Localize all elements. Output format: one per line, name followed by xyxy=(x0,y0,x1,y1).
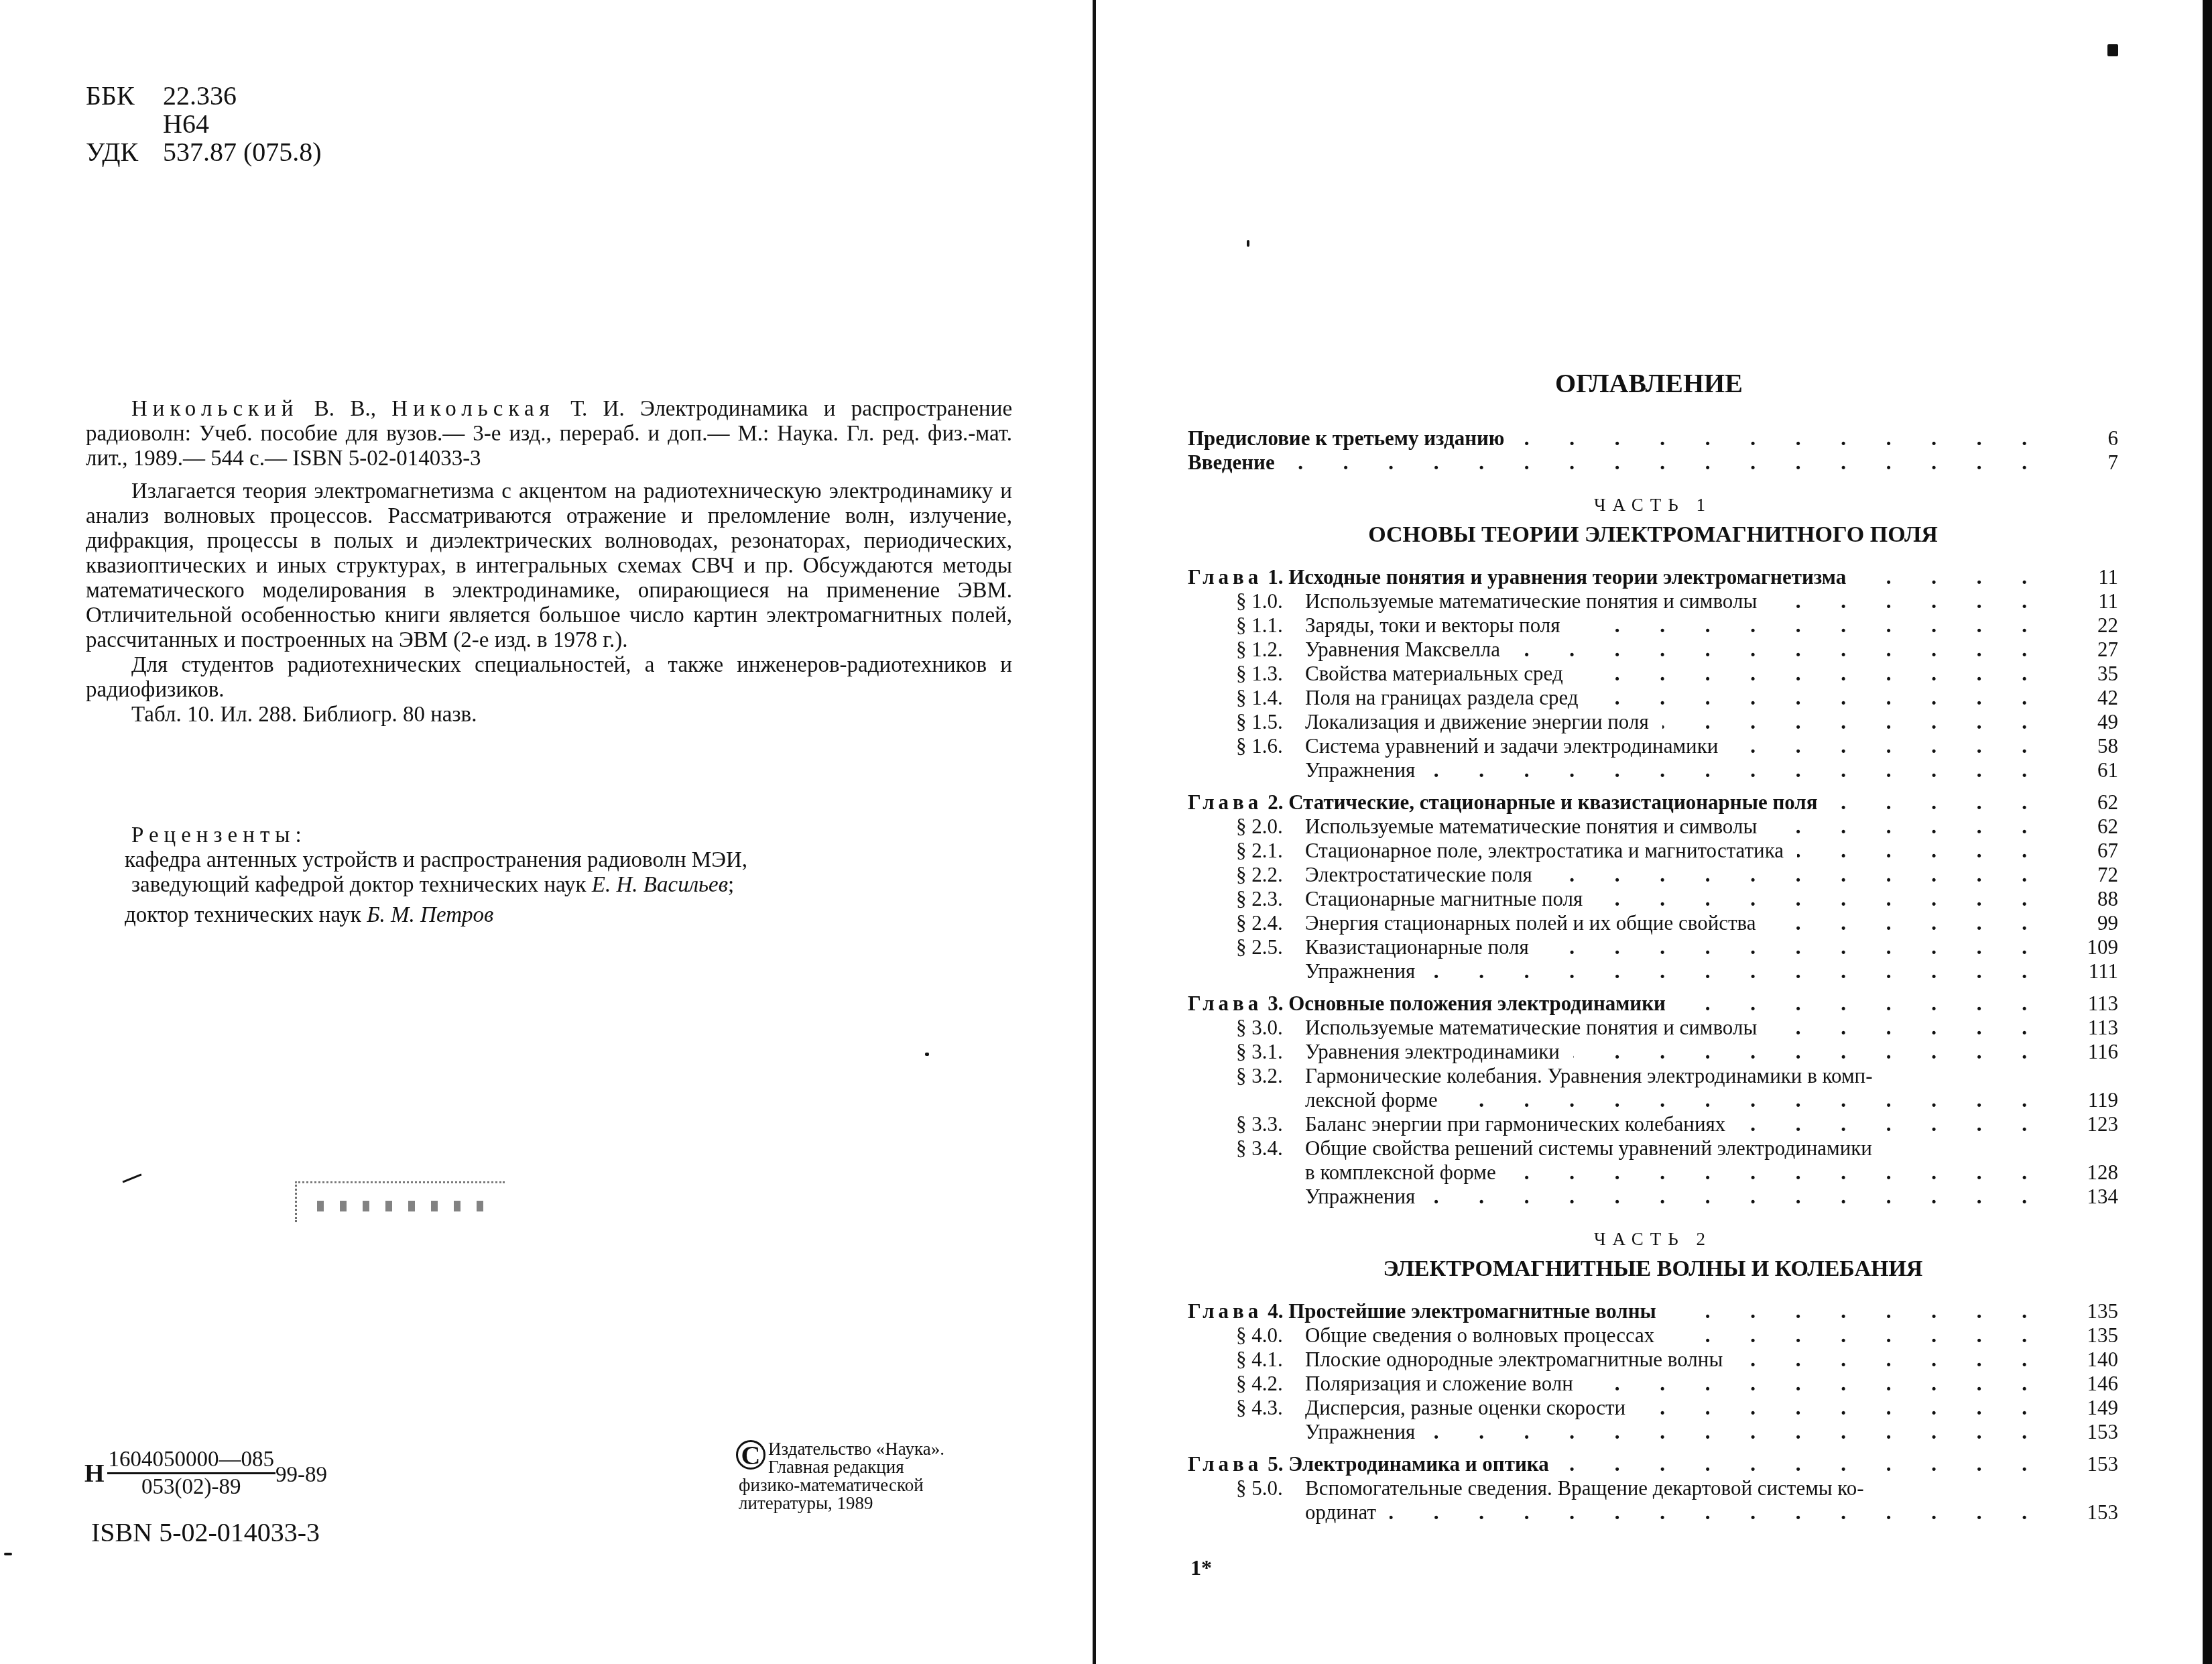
page-number: 67 xyxy=(2051,839,2118,863)
chapter-title: Основные положения электродинамики xyxy=(1288,992,1666,1015)
page-number: 11 xyxy=(2051,589,2118,613)
leader-dots: . . . . . . . . . . . . . . . . . . . . … xyxy=(1546,863,2044,887)
audience: Для студентов радиотехнических специальн… xyxy=(86,653,1012,703)
page-number: 134 xyxy=(2051,1185,2118,1209)
stats: Табл. 10. Ил. 288. Библиогр. 80 назв. xyxy=(86,703,1012,727)
exercises-title: Упражнения xyxy=(1305,758,1415,782)
section-title: Поляризация и сложение волн xyxy=(1305,1372,1573,1395)
toc-entry-title: Упражнения xyxy=(1305,1420,1415,1444)
code-fraction: 1604050000—085 053(02)-89 xyxy=(107,1448,276,1498)
leader-dots: . . . . . . . . . . . . . . . . . . . . … xyxy=(1574,613,2044,638)
section-number: § 2.2. xyxy=(1236,863,1305,887)
toc-entry-title: § 1.0.Используемые математические поняти… xyxy=(1236,589,1757,613)
page-number: 22 xyxy=(2051,613,2118,638)
copyright-text: Издательство «Наука». Главная редакция ф… xyxy=(768,1440,944,1512)
section-number: § 3.4. xyxy=(1236,1136,1305,1161)
part-name: ОСНОВЫ ТЕОРИИ ЭЛЕКТРОМАГНИТНОГО ПОЛЯ xyxy=(1188,522,2118,548)
toc-entry-title: § 3.2.Гармонические колебания. Уравнения… xyxy=(1236,1064,1873,1088)
chapter-number: 4. xyxy=(1268,1299,1283,1323)
section-title: Используемые математические понятия и си… xyxy=(1305,589,1757,613)
section-title: Гармонические колебания. Уравнения элект… xyxy=(1305,1064,1873,1087)
scan-speck xyxy=(4,1553,12,1555)
section-title: Используемые математические понятия и си… xyxy=(1305,815,1757,838)
section-title: Дисперсия, разные оценки скорости xyxy=(1305,1396,1625,1419)
leader-dots: . . . . . . . . . . . . . . . . . . . . … xyxy=(1288,451,2044,475)
toc-entry-exercises[interactable]: Упражнения. . . . . . . . . . . . . . . … xyxy=(1188,758,2118,782)
toc-entry-title: § 1.1.Заряды, токи и векторы поля xyxy=(1236,613,1560,638)
bbk-value: 22.336 xyxy=(163,82,237,110)
toc-entry-title: лексной форме xyxy=(1305,1088,1438,1112)
section-number: § 2.5. xyxy=(1236,935,1305,959)
section-title: Энергия стационарных полей и их общие св… xyxy=(1305,911,1756,935)
section-number: § 1.4. xyxy=(1236,686,1305,710)
section-number: § 2.4. xyxy=(1236,911,1305,935)
page-number: 62 xyxy=(2051,790,2118,815)
section-number: § 3.2. xyxy=(1236,1064,1305,1088)
section-title: Общие свойства решений системы уравнений… xyxy=(1305,1136,1872,1160)
toc-entry-title: § 1.5.Локализация и движение энергии пол… xyxy=(1236,710,1649,734)
toc-entry-section[interactable]: § 1.2.Уравнения Максвелла. . . . . . . .… xyxy=(1188,638,2118,662)
page-number: 27 xyxy=(2051,638,2118,662)
copyright-block: C Издательство «Наука». Главная редакция… xyxy=(736,1440,944,1512)
section-title: Свойства материальных сред xyxy=(1305,662,1563,685)
toc-entry-section[interactable]: § 4.0.Общие сведения о волновых процесса… xyxy=(1188,1323,2118,1348)
leader-dots: . . . . . . . . . . . . . . . . . . . . … xyxy=(1859,565,2044,589)
section-number: § 1.0. xyxy=(1236,589,1305,613)
page-number: 140 xyxy=(2051,1348,2118,1372)
toc-entry-chapter[interactable]: Глава 5. Электродинамика и оптика. . . .… xyxy=(1188,1452,2118,1476)
code-prefix: Н xyxy=(84,1462,105,1485)
leader-dots: . . . . . . . . . . . . . . . . . . . . … xyxy=(1770,1016,2044,1040)
toc-entry-title: § 2.4.Энергия стационарных полей и их об… xyxy=(1236,911,1756,935)
page-number: 153 xyxy=(2051,1420,2118,1444)
section-number: § 3.3. xyxy=(1236,1112,1305,1136)
classification-codes: ББК 22.336 Н64 УДК 537.87 (075.8) xyxy=(86,82,322,166)
page-number: 42 xyxy=(2051,686,2118,710)
toc-entry-title: в комплексной форме xyxy=(1305,1161,1496,1185)
leader-dots: . . . . . . . . . . . . . . . . . . . . … xyxy=(1736,1348,2044,1372)
page-number: 35 xyxy=(2051,662,2118,686)
toc-entry-title: Предисловие к третьему изданию xyxy=(1188,426,1505,451)
toc-entry-section[interactable]: § 2.4.Энергия стационарных полей и их об… xyxy=(1188,911,2118,935)
author-mark-row: Н64 xyxy=(86,110,322,138)
leader-dots: . . . . . . . . . . . . . . . . . . . . … xyxy=(1639,1396,2044,1420)
citation: Никольский В. В., Никольская Т. И. Элект… xyxy=(86,397,1012,471)
chapter-label: Глава xyxy=(1188,1299,1262,1323)
toc-entry-chapter[interactable]: Глава 3. Основные положения электродинам… xyxy=(1188,992,2118,1016)
reviewer-3-title: доктор технических наук xyxy=(125,903,361,927)
reviewer-2-name: Е. Н. Васильев xyxy=(592,873,728,897)
copyright-line: Издательство «Наука». xyxy=(768,1440,944,1458)
leader-dots: . . . . . . . . . . . . . . . . . . . . … xyxy=(1562,1452,2044,1476)
toc-entry-title: § 2.0.Используемые математические поняти… xyxy=(1236,815,1757,839)
exercises-title: Упражнения xyxy=(1305,1420,1415,1443)
exercises-title: Упражнения xyxy=(1305,959,1415,983)
leader-dots: . . . . . . . . . . . . . . . . . . . . … xyxy=(1770,815,2044,839)
udk-value: 537.87 (075.8) xyxy=(163,138,322,166)
toc-entry-title: § 3.0.Используемые математические поняти… xyxy=(1236,1016,1757,1040)
page-number: 149 xyxy=(2051,1396,2118,1420)
toc-entry-section-cont[interactable]: лексной форме. . . . . . . . . . . . . .… xyxy=(1188,1088,2118,1112)
section-number: § 4.1. xyxy=(1236,1348,1305,1372)
leader-dots: . . . . . . . . . . . . . . . . . . . . … xyxy=(1831,790,2044,815)
page-number: 113 xyxy=(2051,1016,2118,1040)
section-number: § 4.0. xyxy=(1236,1323,1305,1348)
leader-dots: . . . . . . . . . . . . . . . . . . . . … xyxy=(1670,1299,2044,1323)
section-title: Вспомогательные сведения. Вращение декар… xyxy=(1305,1476,1864,1500)
toc-entry-section[interactable]: § 3.2.Гармонические колебания. Уравнения… xyxy=(1188,1064,2118,1088)
section-number: § 2.1. xyxy=(1236,839,1305,863)
code-numerator: 1604050000—085 xyxy=(107,1448,276,1474)
leader-dots: . . . . . . . . . . . . . . . . . . . . … xyxy=(1770,589,2044,613)
copyright-icon: C xyxy=(736,1440,765,1470)
toc-entry-section[interactable]: § 2.5.Квазистационарные поля. . . . . . … xyxy=(1188,935,2118,959)
section-number: § 4.2. xyxy=(1236,1372,1305,1396)
toc-entry-title: § 2.3.Стационарные магнитные поля xyxy=(1236,887,1583,911)
section-title: Баланс энергии при гармонических колебан… xyxy=(1305,1112,1725,1136)
pen-mark xyxy=(123,1173,142,1183)
leader-dots: . . . . . . . . . . . . . . . . . . . . … xyxy=(1518,426,2044,451)
code-denominator: 053(02)-89 xyxy=(141,1474,241,1498)
toc-entry-section-cont[interactable]: в комплексной форме. . . . . . . . . . .… xyxy=(1188,1161,2118,1185)
toc-entry-exercises[interactable]: Упражнения. . . . . . . . . . . . . . . … xyxy=(1188,1185,2118,1209)
toc-entry-title: Упражнения xyxy=(1305,959,1415,984)
page-number: 119 xyxy=(2051,1088,2118,1112)
chapter-number: 2. xyxy=(1268,790,1283,814)
toc-entry-section[interactable]: § 3.4.Общие свойства решений системы ура… xyxy=(1188,1136,2118,1161)
toc-entry-section[interactable]: § 1.0.Используемые математические поняти… xyxy=(1188,589,2118,613)
toc-entry-section-cont[interactable]: ординат. . . . . . . . . . . . . . . . .… xyxy=(1188,1500,2118,1525)
page-number: 153 xyxy=(2051,1452,2118,1476)
isbn: ISBN 5-02-014033-3 xyxy=(91,1517,320,1548)
scan-speck xyxy=(925,1053,929,1056)
toc-entry-title: § 5.0.Вспомогательные сведения. Вращение… xyxy=(1236,1476,1864,1500)
page-number: 116 xyxy=(2051,1040,2118,1064)
bibliographic-block: Никольский В. В., Никольская Т. И. Элект… xyxy=(86,397,1012,727)
section-title: Используемые математические понятия и си… xyxy=(1305,1016,1757,1039)
leader-dots: . . . . . . . . . . . . . . . . . . . . … xyxy=(1662,710,2044,734)
toc-entry-title: § 4.2.Поляризация и сложение волн xyxy=(1236,1372,1573,1396)
scan-edge-shadow xyxy=(2203,0,2212,1664)
page-number: 72 xyxy=(2051,863,2118,887)
toc-entry-chapter[interactable]: Глава 2. Статические, стационарные и ква… xyxy=(1188,790,2118,815)
toc-entry-section[interactable]: § 1.1.Заряды, токи и векторы поля. . . .… xyxy=(1188,613,2118,638)
toc-entry-title: § 3.3.Баланс энергии при гармонических к… xyxy=(1236,1112,1725,1136)
udk-key: УДК xyxy=(86,138,163,166)
leader-dots: . . . . . . . . . . . . . . . . . . . . … xyxy=(1797,839,2044,863)
section-number: § 1.3. xyxy=(1236,662,1305,686)
section-title: Стационарные магнитные поля xyxy=(1305,887,1583,910)
leader-dots: . . . . . . . . . . . . . . . . . . . . … xyxy=(1428,1185,2044,1209)
toc-entry-title: Глава 4. Простейшие электромагнитные вол… xyxy=(1188,1299,1656,1323)
toc-entry-section[interactable]: § 1.3.Свойства материальных сред. . . . … xyxy=(1188,662,2118,686)
page-number: 146 xyxy=(2051,1372,2118,1396)
toc-entry-section[interactable]: § 4.1.Плоские однородные электромагнитны… xyxy=(1188,1348,2118,1372)
toc-entry-front[interactable]: Введение. . . . . . . . . . . . . . . . … xyxy=(1188,451,2118,475)
section-title-cont: в комплексной форме xyxy=(1305,1161,1496,1184)
toc-entry-section[interactable]: § 3.0.Используемые математические поняти… xyxy=(1188,1016,2118,1040)
copyright-line: литературы, 1989 xyxy=(739,1494,944,1512)
scan-speck xyxy=(1247,240,1249,247)
page-number: 49 xyxy=(2051,710,2118,734)
leader-dots: . . . . . . . . . . . . . . . . . . . . … xyxy=(1514,638,2044,662)
section-number: § 3.0. xyxy=(1236,1016,1305,1040)
copyright-line: физико-математической xyxy=(739,1476,944,1494)
toc-entry-section[interactable]: § 2.1.Стационарное поле, электростатика … xyxy=(1188,839,2118,863)
toc-entry-title: § 4.1.Плоские однородные электромагнитны… xyxy=(1236,1348,1723,1372)
front-title: Предисловие к третьему изданию xyxy=(1188,426,1505,450)
author2: Никольская xyxy=(391,397,554,421)
chapter-number: 5. xyxy=(1268,1452,1283,1476)
leader-dots: . . . . . . . . . . . . . . . . . . . . … xyxy=(1573,1040,2044,1064)
scan-speck xyxy=(2107,44,2118,56)
chapter-label: Глава xyxy=(1188,992,1262,1015)
section-title: Квазистационарные поля xyxy=(1305,935,1529,959)
page-number: 111 xyxy=(2051,959,2118,984)
toc-title: ОГЛАВЛЕНИЕ xyxy=(1153,367,2145,399)
leader-dots: . . . . . . . . . . . . . . . . . . . . … xyxy=(1668,1323,2044,1348)
toc-entry-section[interactable]: § 1.5.Локализация и движение энергии пол… xyxy=(1188,710,2118,734)
author1-initials: В. В., xyxy=(314,397,376,421)
leader-dots: . . . . . . . . . . . . . . . . . . . . … xyxy=(1731,734,2044,758)
leader-dots: . . . . . . . . . . . . . . . . . . . . … xyxy=(1428,959,2044,984)
leader-dots: . . . . . . . . . . . . . . . . . . . . … xyxy=(1596,887,2044,911)
toc-entry-title: Упражнения xyxy=(1305,758,1415,782)
leader-dots: . . . . . . . . . . . . . . . . . . . . … xyxy=(1542,935,2044,959)
reviewer-3: доктор технических наук Б. М. Петров xyxy=(125,903,1016,928)
section-number: § 1.6. xyxy=(1236,734,1305,758)
toc-entry-chapter[interactable]: Глава 4. Простейшие электромагнитные вол… xyxy=(1188,1299,2118,1323)
section-title: Поля на границах раздела сред xyxy=(1305,686,1579,709)
page-number: 11 xyxy=(2051,565,2118,589)
toc-entry-section[interactable]: § 1.6.Система уравнений и задачи электро… xyxy=(1188,734,2118,758)
reviewers-label: Рецензенты: xyxy=(131,823,1016,848)
author-mark-value: Н64 xyxy=(163,110,209,138)
leader-dots: . . . . . . . . . . . . . . . . . . . . … xyxy=(1739,1112,2044,1136)
reviewer-2-title: заведующий кафедрой доктор технических н… xyxy=(131,873,587,897)
page-number: 62 xyxy=(2051,815,2118,839)
chapter-number: 1. xyxy=(1268,565,1283,589)
toc-entry-title: § 4.0.Общие сведения о волновых процесса… xyxy=(1236,1323,1654,1348)
toc-entry-chapter[interactable]: Глава 1. Исходные понятия и уравнения те… xyxy=(1188,565,2118,589)
leader-dots: . . . . . . . . . . . . . . . . . . . . … xyxy=(1592,686,2044,710)
section-title: Общие сведения о волновых процессах xyxy=(1305,1323,1654,1347)
section-title: Стационарное поле, электростатика и магн… xyxy=(1305,839,1784,862)
part-number: ЧАСТЬ 1 xyxy=(1188,495,2118,516)
page-number: 61 xyxy=(2051,758,2118,782)
leader-dots: . . . . . . . . . . . . . . . . . . . . … xyxy=(1428,1420,2044,1444)
toc-entry-title: Упражнения xyxy=(1305,1185,1415,1209)
section-number: § 2.0. xyxy=(1236,815,1305,839)
toc-entry-section[interactable]: § 4.2.Поляризация и сложение волн. . . .… xyxy=(1188,1372,2118,1396)
toc-entry-section[interactable]: § 2.0.Используемые математические поняти… xyxy=(1188,815,2118,839)
reviewer-3-name: Б. М. Петров xyxy=(367,903,493,927)
toc-entry-exercises[interactable]: Упражнения. . . . . . . . . . . . . . . … xyxy=(1188,1420,2118,1444)
toc-entry-title: § 3.4.Общие свойства решений системы ура… xyxy=(1236,1136,1872,1161)
leader-dots: . . . . . . . . . . . . . . . . . . . . … xyxy=(1510,1161,2044,1185)
toc-entry-title: Глава 3. Основные положения электродинам… xyxy=(1188,992,1666,1016)
part-name: ЭЛЕКТРОМАГНИТНЫЕ ВОЛНЫ И КОЛЕБАНИЯ xyxy=(1188,1256,2118,1282)
page-number: 135 xyxy=(2051,1299,2118,1323)
author1: Никольский xyxy=(131,397,298,421)
leader-dots: . . . . . . . . . . . . . . . . . . . . … xyxy=(1587,1372,2044,1396)
toc-entry-title: § 1.2.Уравнения Максвелла xyxy=(1236,638,1500,662)
toc-entry-title: § 3.1.Уравнения электродинамики xyxy=(1236,1040,1560,1064)
chapter-label: Глава xyxy=(1188,790,1262,814)
part-heading: ЧАСТЬ 1ОСНОВЫ ТЕОРИИ ЭЛЕКТРОМАГНИТНОГО П… xyxy=(1188,495,2118,548)
toc-entry-section[interactable]: § 3.1.Уравнения электродинамики. . . . .… xyxy=(1188,1040,2118,1064)
leader-dots: . . . . . . . . . . . . . . . . . . . . … xyxy=(1770,911,2044,935)
section-title-cont: лексной форме xyxy=(1305,1088,1438,1112)
page-spine-divider xyxy=(1093,0,1096,1664)
section-title: Уравнения электродинамики xyxy=(1305,1040,1560,1063)
reviewer-2: заведующий кафедрой доктор технических н… xyxy=(131,873,1016,898)
page-number: 109 xyxy=(2051,935,2118,959)
part-number: ЧАСТЬ 2 xyxy=(1188,1229,2118,1250)
publication-code: Н 1604050000—085 053(02)-89 99-89 xyxy=(84,1448,327,1498)
section-title: Уравнения Максвелла xyxy=(1305,638,1500,661)
section-title: Заряды, токи и векторы поля xyxy=(1305,613,1560,637)
part-heading: ЧАСТЬ 2ЭЛЕКТРОМАГНИТНЫЕ ВОЛНЫ И КОЛЕБАНИ… xyxy=(1188,1229,2118,1282)
toc-entry-title: § 1.4.Поля на границах раздела сред xyxy=(1236,686,1579,710)
toc-entry-front[interactable]: Предисловие к третьему изданию. . . . . … xyxy=(1188,426,2118,451)
leader-dots: . . . . . . . . . . . . . . . . . . . . … xyxy=(1679,992,2044,1016)
chapter-title: Исходные понятия и уравнения теории элек… xyxy=(1288,565,1846,589)
page-number: 113 xyxy=(2051,992,2118,1016)
library-stamp-faded xyxy=(295,1181,505,1222)
page-number: 128 xyxy=(2051,1161,2118,1185)
section-number: § 3.1. xyxy=(1236,1040,1305,1064)
code-suffix: 99-89 xyxy=(275,1464,327,1486)
udk-row: УДК 537.87 (075.8) xyxy=(86,138,322,166)
signature-mark: 1* xyxy=(1190,1555,1212,1580)
bbk-row: ББК 22.336 xyxy=(86,82,322,110)
abstract: Излагается теория электромагнетизма с ак… xyxy=(86,479,1012,653)
reviewers-block: Рецензенты: кафедра антенных устройств и… xyxy=(131,823,1016,928)
section-number: § 5.0. xyxy=(1236,1476,1305,1500)
toc-entry-section[interactable]: § 3.3.Баланс энергии при гармонических к… xyxy=(1188,1112,2118,1136)
section-number: § 4.3. xyxy=(1236,1396,1305,1420)
table-of-contents: Предисловие к третьему изданию. . . . . … xyxy=(1188,426,2118,1525)
section-title: Электростатические поля xyxy=(1305,863,1532,886)
leader-dots: . . . . . . . . . . . . . . . . . . . . … xyxy=(1428,758,2044,782)
page-number: 7 xyxy=(2051,451,2118,475)
page-number: 99 xyxy=(2051,911,2118,935)
toc-entry-title: Глава 1. Исходные понятия и уравнения те… xyxy=(1188,565,1846,589)
toc-entry-title: Глава 2. Статические, стационарные и ква… xyxy=(1188,790,1818,815)
section-title: Плоские однородные электромагнитные волн… xyxy=(1305,1348,1723,1371)
toc-entry-section[interactable]: § 1.4.Поля на границах раздела сред. . .… xyxy=(1188,686,2118,710)
toc-entry-section[interactable]: § 2.3.Стационарные магнитные поля. . . .… xyxy=(1188,887,2118,911)
punctuation: ; xyxy=(728,873,734,897)
leader-dots: . . . . . . . . . . . . . . . . . . . . … xyxy=(1451,1088,2044,1112)
page-number: 88 xyxy=(2051,887,2118,911)
toc-entry-title: § 2.1.Стационарное поле, электростатика … xyxy=(1236,839,1784,863)
section-title: Система уравнений и задачи электродинами… xyxy=(1305,734,1718,758)
toc-entry-title: ординат xyxy=(1305,1500,1376,1525)
leader-dots: . . . . . . . . . . . . . . . . . . . . … xyxy=(1390,1500,2044,1525)
toc-entry-title: § 2.2.Электростатические поля xyxy=(1236,863,1532,887)
toc-entry-title: Введение xyxy=(1188,451,1275,475)
chapter-title: Простейшие электромагнитные волны xyxy=(1288,1299,1656,1323)
exercises-title: Упражнения xyxy=(1305,1185,1415,1208)
page-number: 135 xyxy=(2051,1323,2118,1348)
section-number: § 1.5. xyxy=(1236,710,1305,734)
page-number: 6 xyxy=(2051,426,2118,451)
page-number: 153 xyxy=(2051,1500,2118,1525)
toc-entry-section[interactable]: § 5.0.Вспомогательные сведения. Вращение… xyxy=(1188,1476,2118,1500)
page-number: 58 xyxy=(2051,734,2118,758)
chapter-label: Глава xyxy=(1188,1452,1262,1476)
toc-entry-section[interactable]: § 2.2.Электростатические поля. . . . . .… xyxy=(1188,863,2118,887)
reviewer-1: кафедра антенных устройств и распростран… xyxy=(125,848,1016,873)
section-number: § 1.2. xyxy=(1236,638,1305,662)
toc-entry-title: § 2.5.Квазистационарные поля xyxy=(1236,935,1529,959)
toc-entry-title: § 1.6.Система уравнений и задачи электро… xyxy=(1236,734,1718,758)
bbk-key: ББК xyxy=(86,82,163,110)
section-title-cont: ординат xyxy=(1305,1500,1376,1524)
toc-entry-section[interactable]: § 4.3.Дисперсия, разные оценки скорости.… xyxy=(1188,1396,2118,1420)
toc-entry-title: § 1.3.Свойства материальных сред xyxy=(1236,662,1563,686)
copyright-line: Главная редакция xyxy=(768,1458,944,1476)
section-title: Локализация и движение энергии поля xyxy=(1305,710,1649,733)
leader-dots: . . . . . . . . . . . . . . . . . . . . … xyxy=(1577,662,2044,686)
chapter-number: 3. xyxy=(1268,992,1283,1015)
section-number: § 1.1. xyxy=(1236,613,1305,638)
toc-entry-exercises[interactable]: Упражнения. . . . . . . . . . . . . . . … xyxy=(1188,959,2118,984)
chapter-title: Статические, стационарные и квазистацион… xyxy=(1288,790,1817,814)
chapter-title: Электродинамика и оптика xyxy=(1288,1452,1549,1476)
section-number: § 2.3. xyxy=(1236,887,1305,911)
toc-entry-title: § 4.3.Дисперсия, разные оценки скорости xyxy=(1236,1396,1625,1420)
page-number: 123 xyxy=(2051,1112,2118,1136)
front-title: Введение xyxy=(1188,451,1275,474)
toc-entry-title: Глава 5. Электродинамика и оптика xyxy=(1188,1452,1549,1476)
chapter-label: Глава xyxy=(1188,565,1262,589)
